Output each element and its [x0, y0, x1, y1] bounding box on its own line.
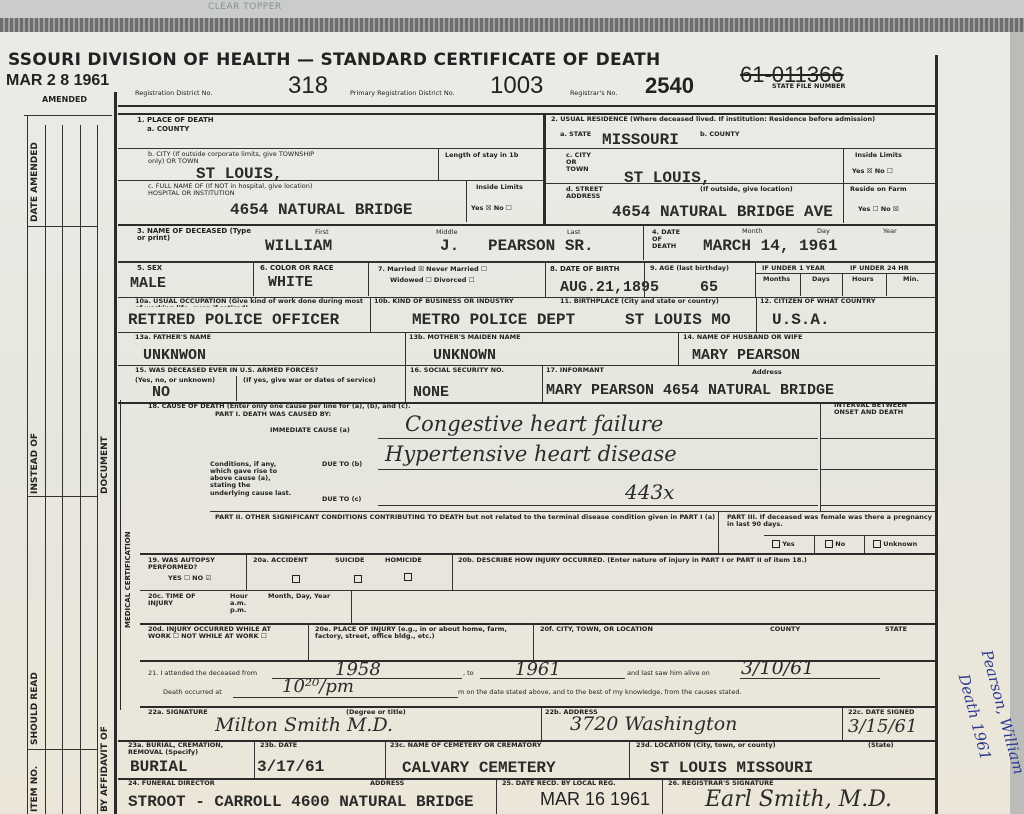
burial-state-label: (State)	[868, 742, 894, 749]
burial-location: ST LOUIS MISSOURI	[650, 759, 813, 777]
attended-to: 1961	[515, 659, 561, 680]
cemetery-label: 23c. NAME OF CEMETERY OR CREMATORY	[390, 742, 541, 749]
death-occurred-time: 10²⁰/pm	[282, 676, 354, 697]
month-day-year-label: Month, Day, Year	[268, 593, 330, 600]
burial-method-label: 23a. BURIAL, CREMATION, REMOVAL (Specify…	[128, 742, 243, 756]
middle-name: J.	[440, 237, 459, 255]
burial-date: 3/17/61	[257, 758, 324, 776]
certificate-title: SSOURI DIVISION OF HEALTH — STANDARD CER…	[8, 50, 661, 70]
homicide-label: HOMICIDE	[385, 557, 422, 564]
registrar-signature: Earl Smith, M.D.	[705, 787, 892, 812]
part3-label: PART III. If deceased was female was the…	[727, 514, 932, 528]
farm-label: Reside on Farm	[850, 186, 907, 193]
autopsy-options[interactable]: YES ☐ NO ☑	[168, 575, 211, 582]
marital-status-2[interactable]: Widowed ☐ Divorced ☐	[390, 277, 474, 284]
citizen-label: 12. CITIZEN OF WHAT COUNTRY	[760, 298, 876, 305]
residence-city: ST LOUIS,	[624, 169, 710, 187]
form-left-border	[114, 92, 117, 814]
physician-address: 3720 Washington	[570, 713, 737, 735]
signature-label: 22a. SIGNATURE	[148, 709, 208, 716]
business-label: 10b. KIND OF BUSINESS OR INDUSTRY	[374, 298, 514, 305]
date-received-label: 25. DATE RECD. BY LOCAL REG.	[502, 780, 616, 787]
cemetery: CALVARY CEMETERY	[402, 759, 556, 777]
race-label: 6. COLOR OR RACE	[260, 265, 334, 272]
age: 65	[700, 279, 718, 296]
residence-inside-limits-label: Inside Limits	[855, 152, 902, 159]
length-of-stay-label: Length of stay in 1b	[445, 152, 518, 159]
armed-forces: NO	[152, 384, 170, 401]
pregnancy-unknown[interactable]: Unknown	[873, 540, 917, 548]
physician-signature: Milton Smith M.D.	[215, 714, 393, 736]
registration-district-label: Registration District No.	[135, 90, 212, 97]
attended-to-label: , to	[463, 670, 474, 677]
armed-forces-sub2: (If yes, give war or dates of service)	[243, 377, 376, 384]
street-note: (If outside, give location)	[700, 186, 793, 193]
occupation: RETIRED POLICE OFFICER	[128, 311, 339, 329]
residence-county-label: b. COUNTY	[700, 131, 740, 138]
time-of-injury-label: 20c. TIME OF INJURY	[148, 593, 198, 607]
hour-label: Hour a.m. p.m.	[230, 593, 252, 614]
topper-label: CLEAR TOPPER	[208, 2, 282, 12]
due-to-b-label: DUE TO (b)	[322, 461, 362, 468]
age-label: 9. AGE (last birthday)	[650, 265, 729, 272]
form-right-border	[935, 55, 938, 814]
received-stamp: MAR 2 8 1961	[6, 72, 109, 90]
funeral-director-label: 24. FUNERAL DIRECTOR	[128, 780, 215, 787]
months-label: Months	[763, 276, 790, 283]
first-name: WILLIAM	[265, 237, 332, 255]
ssn-label: 16. SOCIAL SECURITY NO.	[410, 367, 504, 374]
death-inside-limits[interactable]: Yes ☒ No ☐	[471, 205, 512, 212]
conditions-label: Conditions, if any, which gave rise to a…	[210, 461, 292, 497]
suicide-label: SUICIDE	[335, 557, 364, 564]
armed-forces-sub1: (Yes, no, or unknown)	[135, 377, 215, 384]
instead-of-label: INSTEAD OF	[30, 433, 40, 494]
burial-method: BURIAL	[130, 758, 188, 776]
under-24-hr-label: IF UNDER 24 HR	[850, 265, 909, 272]
usual-residence-label: 2. USUAL RESIDENCE (Where deceased lived…	[551, 116, 921, 123]
social-security-no: NONE	[413, 384, 449, 401]
hours-label: Hours	[852, 276, 874, 283]
date-of-death: MARCH 14, 1961	[703, 237, 837, 255]
interval-label: INTERVAL BETWEEN ONSET AND DEATH	[834, 402, 924, 416]
primary-registration-label: Primary Registration District No.	[350, 90, 455, 97]
date-signed: 3/15/61	[848, 716, 917, 737]
death-occurred-label: Death occurred at	[163, 689, 222, 696]
residence-street: 4654 NATURAL BRIDGE AVE	[612, 203, 833, 221]
marital-status[interactable]: 7. Married ☒ Never Married ☐	[378, 266, 487, 273]
inside-limits-label: Inside Limits	[476, 184, 523, 191]
occupation-label: 10a. USUAL OCCUPATION (Give kind of work…	[135, 298, 370, 307]
state-label: a. STATE	[560, 131, 591, 138]
pregnancy-yes[interactable]: Yes	[772, 540, 795, 548]
month-label: Month	[742, 228, 762, 235]
mother-name: UNKNOWN	[433, 347, 496, 364]
last-saw-alive: 3/10/61	[741, 657, 814, 679]
binder-strip	[0, 18, 1024, 32]
item-no-label: ITEM NO.	[30, 766, 40, 812]
suicide-checkbox[interactable]	[354, 568, 362, 587]
state-file-label: STATE FILE NUMBER	[772, 83, 846, 90]
part1-label: PART I. DEATH WAS CAUSED BY:	[215, 411, 331, 418]
due-to-c-label: DUE TO (c)	[322, 496, 361, 503]
injury-at-work-label[interactable]: 20d. INJURY OCCURRED WHILE AT WORK ☐ NOT…	[148, 626, 278, 640]
accident-checkbox[interactable]	[292, 568, 300, 587]
registrar-no: 2540	[645, 73, 694, 99]
death-occurred-suffix: m on the date stated above, and to the b…	[458, 689, 742, 696]
city-label: b. CITY (If outside corporate limits, gi…	[148, 151, 328, 165]
accident-label: 20a. ACCIDENT	[253, 557, 308, 564]
under-1-year-label: IF UNDER 1 YEAR	[762, 265, 825, 272]
death-hospital: 4654 NATURAL BRIDGE	[230, 201, 412, 219]
registration-district: 318	[288, 72, 328, 100]
dod-label: 4. DATE OF DEATH	[652, 229, 682, 250]
describe-injury-label: 20b. DESCRIBE HOW INJURY OCCURRED. (Ente…	[458, 557, 807, 564]
min-label: Min.	[903, 276, 919, 283]
armed-forces-label: 15. WAS DECEASED EVER IN U.S. ARMED FORC…	[135, 367, 318, 374]
sex: MALE	[130, 275, 166, 292]
should-read-label: SHOULD READ	[30, 672, 40, 745]
last-label: Last	[567, 229, 581, 236]
day-label: Day	[817, 228, 830, 235]
burial-location-label: 23d. LOCATION (City, town, or county)	[636, 742, 776, 749]
first-label: First	[315, 229, 329, 236]
due-to-b: Hypertensive heart disease	[385, 442, 677, 466]
spouse-name: MARY PEARSON	[692, 347, 800, 364]
burial-date-label: 23b. DATE	[260, 742, 297, 749]
birthplace: ST LOUIS MO	[625, 311, 731, 329]
medical-certification-label: MEDICAL CERTIFICATION	[124, 531, 132, 628]
by-affidavit-label: BY AFFIDAVIT OF	[100, 726, 110, 812]
street-label: d. STREET ADDRESS	[566, 186, 606, 200]
residence-city-label: c. CITY OR TOWN	[566, 152, 596, 173]
dob-label: 8. DATE OF BIRTH	[550, 266, 619, 273]
informant-label: 17. INFORMANT	[546, 367, 604, 374]
informant-address-label: Address	[752, 369, 782, 376]
place-of-injury-label: 20e. PLACE OF INJURY (e.g., in or about …	[315, 626, 530, 640]
immediate-cause: Congestive heart failure	[405, 412, 663, 436]
residence-farm[interactable]: Yes ☐ No ☒	[858, 206, 899, 213]
days-label: Days	[812, 276, 830, 283]
year-label: Year	[883, 228, 897, 235]
date-amended-label: DATE AMENDED	[30, 142, 40, 222]
place-of-death-label: 1. PLACE OF DEATH	[137, 117, 214, 124]
last-name: PEARSON SR.	[488, 237, 594, 255]
document-label: DOCUMENT	[100, 436, 110, 494]
homicide-checkbox[interactable]	[404, 566, 412, 585]
amended-label: AMENDED	[42, 96, 87, 104]
last-saw-label: and last saw him alive on	[627, 670, 710, 677]
part2-label: PART II. OTHER SIGNIFICANT CONDITIONS CO…	[215, 514, 725, 521]
injury-state-label: STATE	[885, 626, 907, 633]
immediate-cause-label: IMMEDIATE CAUSE (a)	[270, 427, 350, 434]
hospital-label: c. FULL NAME OF (If NOT in hospital, giv…	[148, 183, 318, 197]
due-to-c: 443x	[625, 480, 674, 504]
race: WHITE	[268, 274, 313, 291]
county-label: a. COUNTY	[147, 126, 189, 133]
attended-from-label: 21. I attended the deceased from	[148, 670, 257, 677]
funeral-director: STROOT - CARROLL 4600 NATURAL BRIDGE	[128, 793, 474, 811]
informant: MARY PEARSON 4654 NATURAL BRIDGE	[546, 382, 834, 399]
injury-county-label: COUNTY	[770, 626, 800, 633]
middle-label: Middle	[436, 229, 457, 236]
injury-city-label: 20f. CITY, TOWN, OR LOCATION	[540, 626, 653, 633]
date-received: MAR 16 1961	[540, 789, 650, 810]
autopsy-label: 19. WAS AUTOPSY PERFORMED?	[148, 557, 216, 571]
sex-label: 5. SEX	[137, 265, 162, 272]
father-label: 13a. FATHER'S NAME	[135, 334, 211, 341]
citizenship: U.S.A.	[772, 311, 830, 329]
funeral-director-address-label: ADDRESS	[370, 780, 404, 787]
birthplace-label: 11. BIRTHPLACE (City and state or countr…	[560, 298, 719, 305]
residence-state: MISSOURI	[602, 131, 679, 149]
registrar-no-label: Registrar's No.	[570, 90, 617, 97]
spouse-label: 14. NAME OF HUSBAND OR WIFE	[683, 334, 802, 341]
business: METRO POLICE DEPT	[412, 311, 575, 329]
name-label: 3. NAME OF DECEASED (Type or print)	[137, 228, 257, 243]
pregnancy-no[interactable]: No	[825, 540, 845, 548]
mother-label: 13b. MOTHER'S MAIDEN NAME	[409, 334, 521, 341]
father-name: UNKNWON	[143, 347, 206, 364]
residence-inside-limits[interactable]: Yes ☒ No ☐	[852, 168, 893, 175]
primary-registration: 1003	[490, 72, 543, 100]
